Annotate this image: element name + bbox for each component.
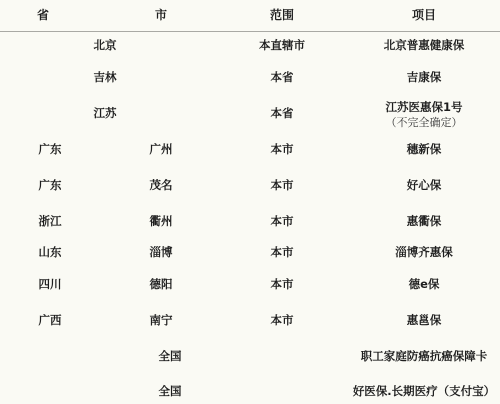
row-4-project: 好心保 xyxy=(407,178,442,194)
row-7-province: 四川 xyxy=(39,277,62,293)
row-1-scope: 本省 xyxy=(271,70,294,86)
header-city: 市 xyxy=(155,7,167,23)
row-3-project: 穗新保 xyxy=(407,142,442,158)
row-6-city: 淄博 xyxy=(150,245,173,261)
row-3-scope: 本市 xyxy=(271,142,294,158)
row-8-project: 惠邕保 xyxy=(407,313,442,329)
row-8-scope: 本市 xyxy=(271,313,294,329)
row-2-scope: 本省 xyxy=(271,106,294,122)
row-4-province: 广东 xyxy=(39,178,62,194)
row-6-scope: 本市 xyxy=(271,245,294,261)
header-project: 项目 xyxy=(412,7,436,23)
row-9-project: 职工家庭防癌抗癌保障卡 xyxy=(361,349,488,365)
row-10-scope: 全国 xyxy=(159,384,182,400)
row-8-province: 广西 xyxy=(39,313,62,329)
row-7-city: 德阳 xyxy=(150,277,173,293)
row-5-city: 衢州 xyxy=(150,214,173,230)
row-0-project: 北京普惠健康保 xyxy=(384,38,465,54)
row-2-province: 江苏 xyxy=(94,106,117,122)
row-1-project: 吉康保 xyxy=(407,70,442,86)
header-province: 省 xyxy=(37,7,49,23)
row-0-province: 北京 xyxy=(94,38,117,54)
header-scope: 范围 xyxy=(270,7,294,23)
header-divider xyxy=(0,31,500,32)
row-9-scope: 全国 xyxy=(159,349,182,365)
row-7-scope: 本市 xyxy=(271,277,294,293)
row-3-city: 广州 xyxy=(150,142,173,158)
row-10-project: 好医保.长期医疗（支付宝） xyxy=(353,384,495,400)
row-5-province: 浙江 xyxy=(39,214,62,230)
row-3-province: 广东 xyxy=(39,142,62,158)
row-0-scope: 本直辖市 xyxy=(259,38,305,54)
row-5-scope: 本市 xyxy=(271,214,294,230)
row-5-project: 惠衢保 xyxy=(407,214,442,230)
row-2-note: （不完全确定） xyxy=(385,115,462,130)
row-6-province: 山东 xyxy=(39,245,62,261)
row-2-project-cell: 江苏医惠保1号 （不完全确定） xyxy=(385,100,462,130)
row-7-project: 德e保 xyxy=(409,277,440,293)
row-8-city: 南宁 xyxy=(150,313,173,329)
row-1-province: 吉林 xyxy=(94,70,117,86)
row-6-project: 淄博齐惠保 xyxy=(395,245,453,261)
row-4-city: 茂名 xyxy=(150,178,173,194)
row-2-project: 江苏医惠保1号 xyxy=(385,100,462,116)
row-4-scope: 本市 xyxy=(271,178,294,194)
